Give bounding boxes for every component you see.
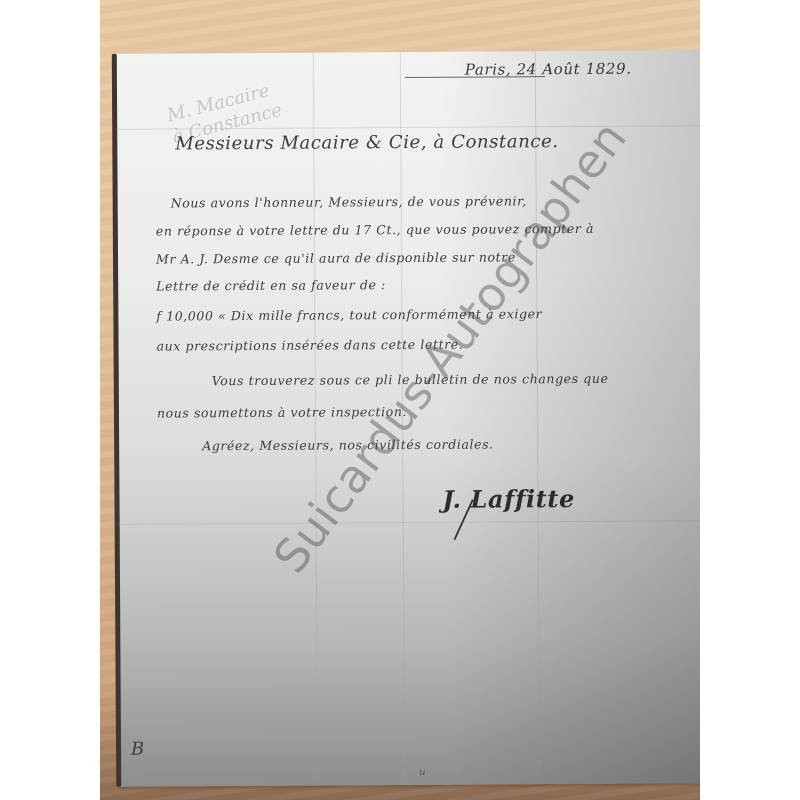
- signature: J. Laffitte: [442, 484, 575, 514]
- fold-crease: [535, 51, 540, 784]
- body-line: Nous avons l'honneur, Messieurs, de vous…: [171, 193, 527, 210]
- body-line: en réponse à votre lettre du 17 Ct., que…: [156, 221, 594, 239]
- addressee: Messieurs Macaire & Cie, à Constance.: [175, 131, 558, 154]
- fold-crease: [118, 520, 700, 525]
- body-line: Lettre de crédit en sa faveur de :: [156, 277, 386, 293]
- body-line: aux prescriptions insérées dans cette le…: [157, 337, 464, 354]
- letter-photo: M. Macaire à Constance Paris, 24 Août 18…: [100, 0, 700, 800]
- body-line: f 10,000 « Dix mille francs, tout confor…: [156, 306, 542, 323]
- letter-sheet: M. Macaire à Constance Paris, 24 Août 18…: [115, 50, 700, 787]
- date-line: Paris, 24 Août 1829.: [465, 60, 632, 79]
- bleed-through-text: M. Macaire à Constance: [165, 52, 395, 174]
- bottom-annotation: u: [419, 767, 426, 778]
- body-line: Vous trouverez sous ce pli le bulletin d…: [212, 371, 609, 388]
- body-line: nous soumettons à votre inspection.: [157, 404, 407, 421]
- closing-line: Agréez, Messieurs, nos civilités cordial…: [202, 437, 494, 454]
- margin-annotation: B: [131, 739, 145, 760]
- body-line: Mr A. J. Desme ce qu'il aura de disponib…: [156, 249, 516, 266]
